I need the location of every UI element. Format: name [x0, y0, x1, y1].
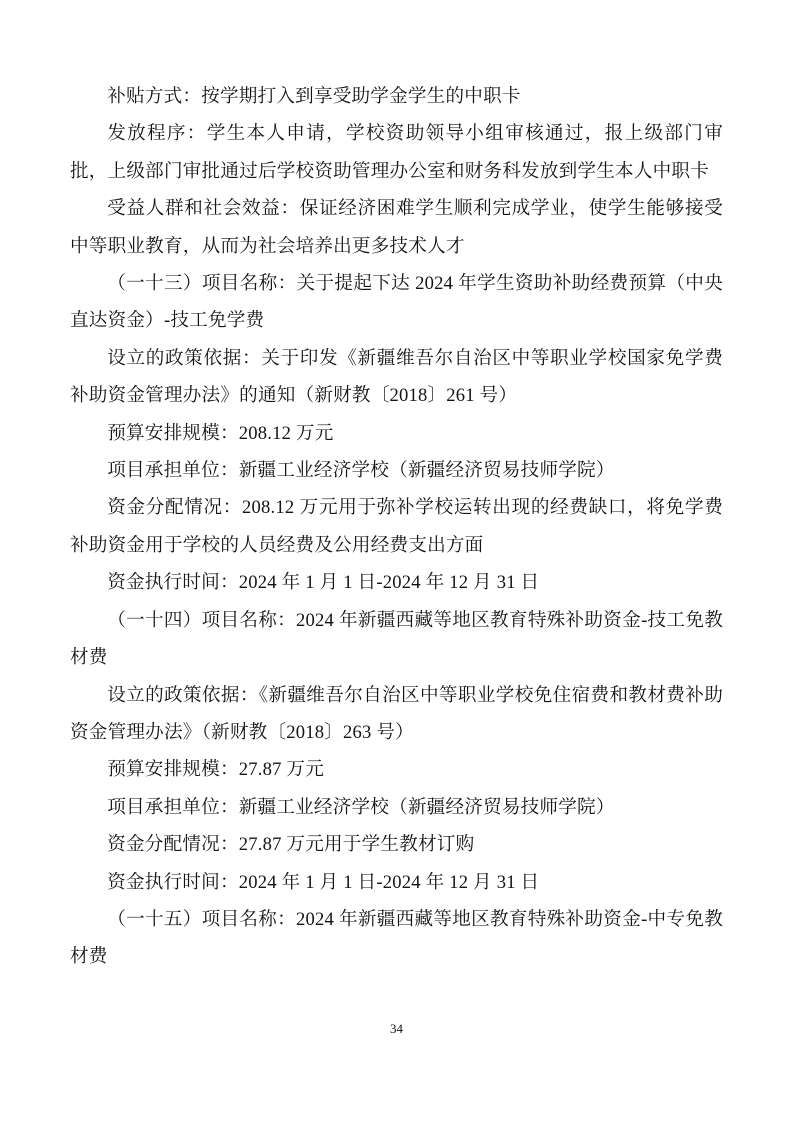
- paragraph-subsidy-method: 补贴方式：按学期打入到享受助学金学生的中职卡: [70, 78, 723, 115]
- document-body: 补贴方式：按学期打入到享受助学金学生的中职卡 发放程序：学生本人申请，学校资助领…: [70, 78, 723, 976]
- paragraph-project-13-policy-basis: 设立的政策依据：关于印发《新疆维吾尔自治区中等职业学校国家免学费补助资金管理办法…: [70, 340, 723, 415]
- paragraph-project-15-name: （一十五）项目名称：2024 年新疆西藏等地区教育特殊补助资金-中专免教材费: [70, 901, 723, 976]
- paragraph-project-13-budget-scale: 预算安排规模：208.12 万元: [70, 415, 723, 452]
- page-number: 34: [0, 1020, 793, 1038]
- paragraph-project-14-policy-basis: 设立的政策依据：《新疆维吾尔自治区中等职业学校免住宿费和教材费补助资金管理办法》…: [70, 677, 723, 752]
- paragraph-project-14-fund-allocation: 资金分配情况：27.87 万元用于学生教材订购: [70, 826, 723, 863]
- paragraph-project-14-name: （一十四）项目名称：2024 年新疆西藏等地区教育特殊补助资金-技工免教材费: [70, 602, 723, 677]
- paragraph-project-13-execution-period: 资金执行时间：2024 年 1 月 1 日-2024 年 12 月 31 日: [70, 564, 723, 601]
- paragraph-project-14-undertaking-unit: 项目承担单位：新疆工业经济学校（新疆经济贸易技师学院）: [70, 789, 723, 826]
- paragraph-project-13-fund-allocation: 资金分配情况：208.12 万元用于弥补学校运转出现的经费缺口，将免学费补助资金…: [70, 489, 723, 564]
- paragraph-project-14-budget-scale: 预算安排规模：27.87 万元: [70, 751, 723, 788]
- paragraph-project-13-undertaking-unit: 项目承担单位：新疆工业经济学校（新疆经济贸易技师学院）: [70, 452, 723, 489]
- paragraph-project-13-name: （一十三）项目名称：关于提起下达 2024 年学生资助补助经费预算（中央直达资金…: [70, 265, 723, 340]
- paragraph-beneficiaries-social-benefit: 受益人群和社会效益：保证经济困难学生顺利完成学业，使学生能够接受中等职业教育，从…: [70, 190, 723, 265]
- document-page: 补贴方式：按学期打入到享受助学金学生的中职卡 发放程序：学生本人申请，学校资助领…: [0, 0, 793, 1122]
- paragraph-project-14-execution-period: 资金执行时间：2024 年 1 月 1 日-2024 年 12 月 31 日: [70, 864, 723, 901]
- paragraph-issuance-procedure: 发放程序：学生本人申请，学校资助领导小组审核通过，报上级部门审批，上级部门审批通…: [70, 115, 723, 190]
